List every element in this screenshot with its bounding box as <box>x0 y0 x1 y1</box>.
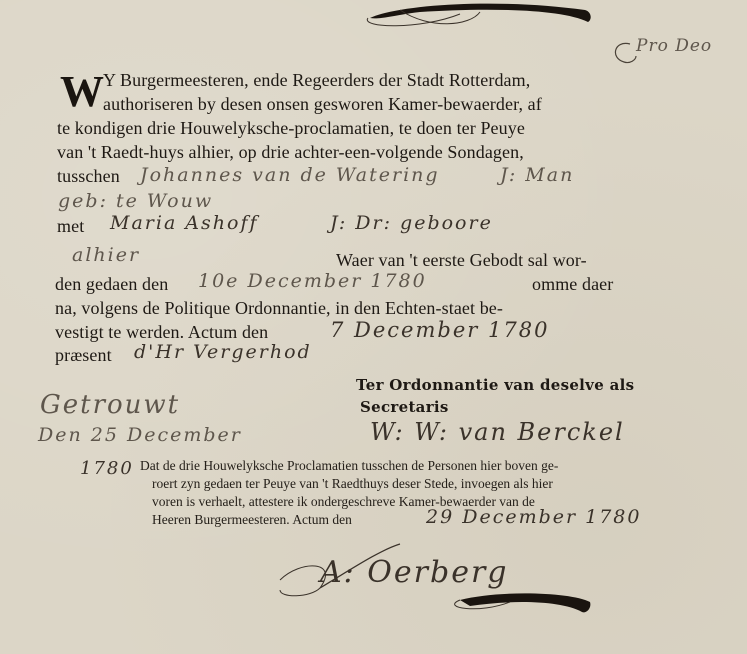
attestation-line-2: roert zyn gedaen ter Peuye van 't Raedth… <box>152 476 553 492</box>
proclamation-line-1: Y Burgermeesteren, ende Regeerders der S… <box>103 70 530 91</box>
groom-status: J: Man <box>500 164 574 186</box>
top-pen-flourish-icon <box>360 0 600 30</box>
actum-line: vestigt te werden. Actum den <box>55 322 268 343</box>
attestation-line-4: Heeren Burgermeesteren. Actum den <box>152 512 352 528</box>
secretary-signature: W: W: van Berckel <box>370 418 625 446</box>
actum-date: 7 December 1780 <box>330 318 549 342</box>
bride-status: J: Dr: geboore <box>330 212 493 234</box>
bride-origin: alhier <box>72 244 140 266</box>
document-page: Pro Deo W Y Burgermeesteren, ende Regeer… <box>0 0 747 654</box>
secretary-line-1: Ter Ordonnantie van deselve als <box>356 376 634 394</box>
between-label: tusschen <box>57 166 120 187</box>
first-banns-text-2: den gedaen den <box>55 274 168 295</box>
signature-flourish-icon <box>270 540 600 620</box>
first-banns-date: 10e December 1780 <box>198 270 427 292</box>
groom-name: Johannes van de Watering <box>140 164 440 186</box>
present-label: præsent <box>55 345 112 366</box>
proclamation-line-3: te kondigen drie Houwelyksche-proclamati… <box>57 118 525 139</box>
first-banns-text-1: Waer van 't eerste Gebodt sal wor- <box>336 250 587 271</box>
groom-origin: geb: te Wouw <box>58 190 213 212</box>
attestation-date: 29 December 1780 <box>426 506 641 528</box>
married-note-line-1: Getrouwt <box>40 390 180 420</box>
married-note-line-2: Den 25 December <box>38 424 242 446</box>
secretary-line-2: Secretaris <box>360 398 449 416</box>
bride-name: Maria Ashoff <box>110 212 259 234</box>
present-name: d'Hr Vergerhod <box>134 341 312 363</box>
proclamation-line-2: authoriseren by desen onsen gesworen Kam… <box>103 94 542 115</box>
ordonnantie-line: na, volgens de Politique Ordonnantie, in… <box>55 298 503 319</box>
attestation-line-1: Dat de drie Houwelyksche Proclamatien tu… <box>140 458 558 474</box>
drop-cap: W <box>60 72 104 112</box>
married-note-year: 1780 <box>80 458 134 479</box>
proclamation-line-4: van 't Raedt-huys alhier, op drie achter… <box>57 142 524 163</box>
first-banns-text-3: omme daer <box>532 274 613 295</box>
margin-note: Pro Deo <box>636 36 712 56</box>
with-label: met <box>57 216 84 237</box>
